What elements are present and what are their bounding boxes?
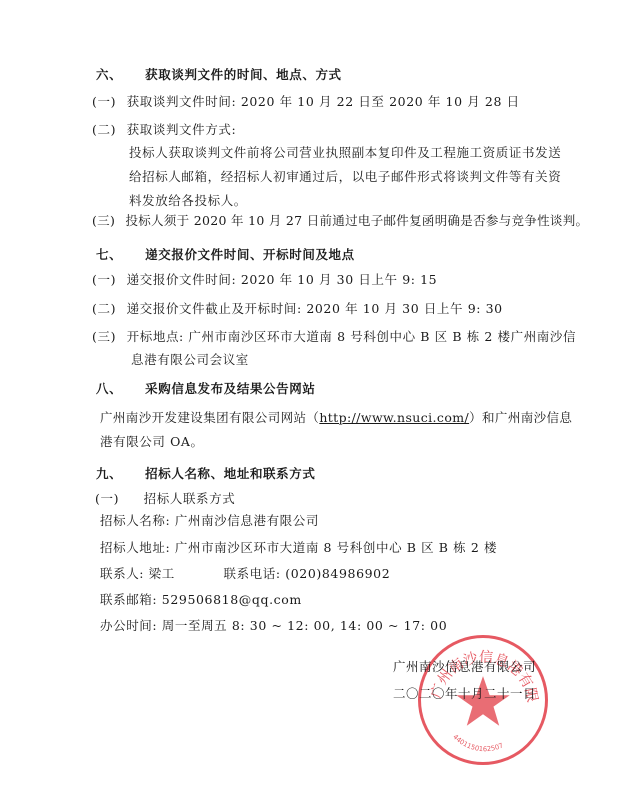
- section6-item-2: (二) 获取谈判文件方式:: [92, 122, 236, 138]
- section9-heading: 九、 招标人名称、地址和联系方式: [96, 466, 315, 482]
- item-number: (三): [92, 213, 115, 228]
- section9-sub-heading: (一) 招标人联系方式: [95, 491, 235, 507]
- signature-company: 广州南沙信息港有限公司: [393, 657, 536, 675]
- tenderer-name: 招标人名称: 广州南沙信息港有限公司: [100, 513, 319, 529]
- text: ）和广州南沙信息: [469, 410, 572, 425]
- section-title: 采购信息发布及结果公告网站: [145, 381, 315, 396]
- section6-paragraph-line-3: 料发放给各投标人。: [129, 193, 247, 209]
- item-number: (一): [92, 272, 116, 287]
- section6-item-3: (三) 投标人须于 2020 年 10 月 27 日前通过电子邮件复函明确是否参…: [92, 213, 588, 229]
- section6-heading: 六、 获取谈判文件的时间、地点、方式: [96, 67, 342, 83]
- item-text: 获取谈判文件方式:: [127, 122, 237, 137]
- item-number: (三): [92, 329, 116, 344]
- section-title: 递交报价文件时间、开标时间及地点: [145, 247, 355, 262]
- item-number: (二): [92, 301, 116, 316]
- item-number: (一): [95, 491, 119, 506]
- section6-paragraph-line-2: 给招标人邮箱，经招标人初审通过后，以电子邮件形式将谈判文件等有关资: [129, 169, 561, 185]
- website-link[interactable]: http://www.nsuci.com/: [319, 410, 469, 425]
- contact-person: 联系人: 梁工: [100, 566, 175, 581]
- item-text: 投标人须于 2020 年 10 月 27 日前通过电子邮件复函明确是否参与竞争性…: [125, 213, 588, 228]
- section7-item-3: (三) 开标地点: 广州市南沙区环市大道南 8 号科创中心 B 区 B 栋 2 …: [92, 329, 576, 345]
- section-title: 招标人名称、地址和联系方式: [145, 466, 315, 481]
- section8-line-2: 港有限公司 OA。: [100, 434, 204, 450]
- section-number: 九、: [96, 466, 122, 481]
- section7-continuation: 息港有限公司会议室: [131, 352, 249, 368]
- text: 广州南沙开发建设集团有限公司网站（: [100, 410, 319, 425]
- item-number: (二): [92, 122, 116, 137]
- item-text: 递交报价文件截止及开标时间: 2020 年 10 月 30 日上午 9: 30: [127, 301, 503, 316]
- signature-date: 二〇二〇年十月二十一日: [393, 684, 536, 702]
- contact-email: 联系邮箱: 529506818@qq.com: [100, 592, 302, 608]
- item-text: 递交报价文件时间: 2020 年 10 月 30 日上午 9: 15: [127, 272, 438, 287]
- section-number: 六、: [96, 67, 122, 82]
- section-number: 七、: [96, 247, 122, 262]
- section-number: 八、: [96, 381, 122, 396]
- tenderer-address: 招标人地址: 广州市南沙区环市大道南 8 号科创中心 B 区 B 栋 2 楼: [100, 540, 497, 556]
- section6-paragraph-line-1: 投标人获取谈判文件前将公司营业执照副本复印件及工程施工资质证书发送: [129, 145, 561, 161]
- item-text: 开标地点: 广州市南沙区环市大道南 8 号科创中心 B 区 B 栋 2 楼广州南…: [127, 329, 576, 344]
- office-hours: 办公时间: 周一至周五 8: 30 ~ 12: 00, 14: 00 ~ 17:…: [100, 618, 447, 634]
- seal-code: 4401150162507: [451, 733, 504, 753]
- svg-text:4401150162507: 4401150162507: [451, 733, 504, 753]
- contact-phone: 联系电话: (020)84986902: [223, 566, 390, 581]
- contact-row: 联系人: 梁工 联系电话: (020)84986902: [100, 566, 390, 582]
- section7-item-1: (一) 递交报价文件时间: 2020 年 10 月 30 日上午 9: 15: [92, 272, 437, 288]
- section-title: 获取谈判文件的时间、地点、方式: [145, 67, 342, 82]
- section7-item-2: (二) 递交报价文件截止及开标时间: 2020 年 10 月 30 日上午 9:…: [92, 301, 503, 317]
- section6-item-1: (一) 获取谈判文件时间: 2020 年 10 月 22 日至 2020 年 1…: [92, 94, 520, 110]
- item-text: 获取谈判文件时间: 2020 年 10 月 22 日至 2020 年 10 月 …: [127, 94, 520, 109]
- section7-heading: 七、 递交报价文件时间、开标时间及地点: [96, 247, 355, 263]
- section8-heading: 八、 采购信息发布及结果公告网站: [96, 381, 315, 397]
- section8-line-1: 广州南沙开发建设集团有限公司网站（http://www.nsuci.com/）和…: [100, 410, 572, 426]
- item-text: 招标人联系方式: [144, 491, 236, 506]
- item-number: (一): [92, 94, 116, 109]
